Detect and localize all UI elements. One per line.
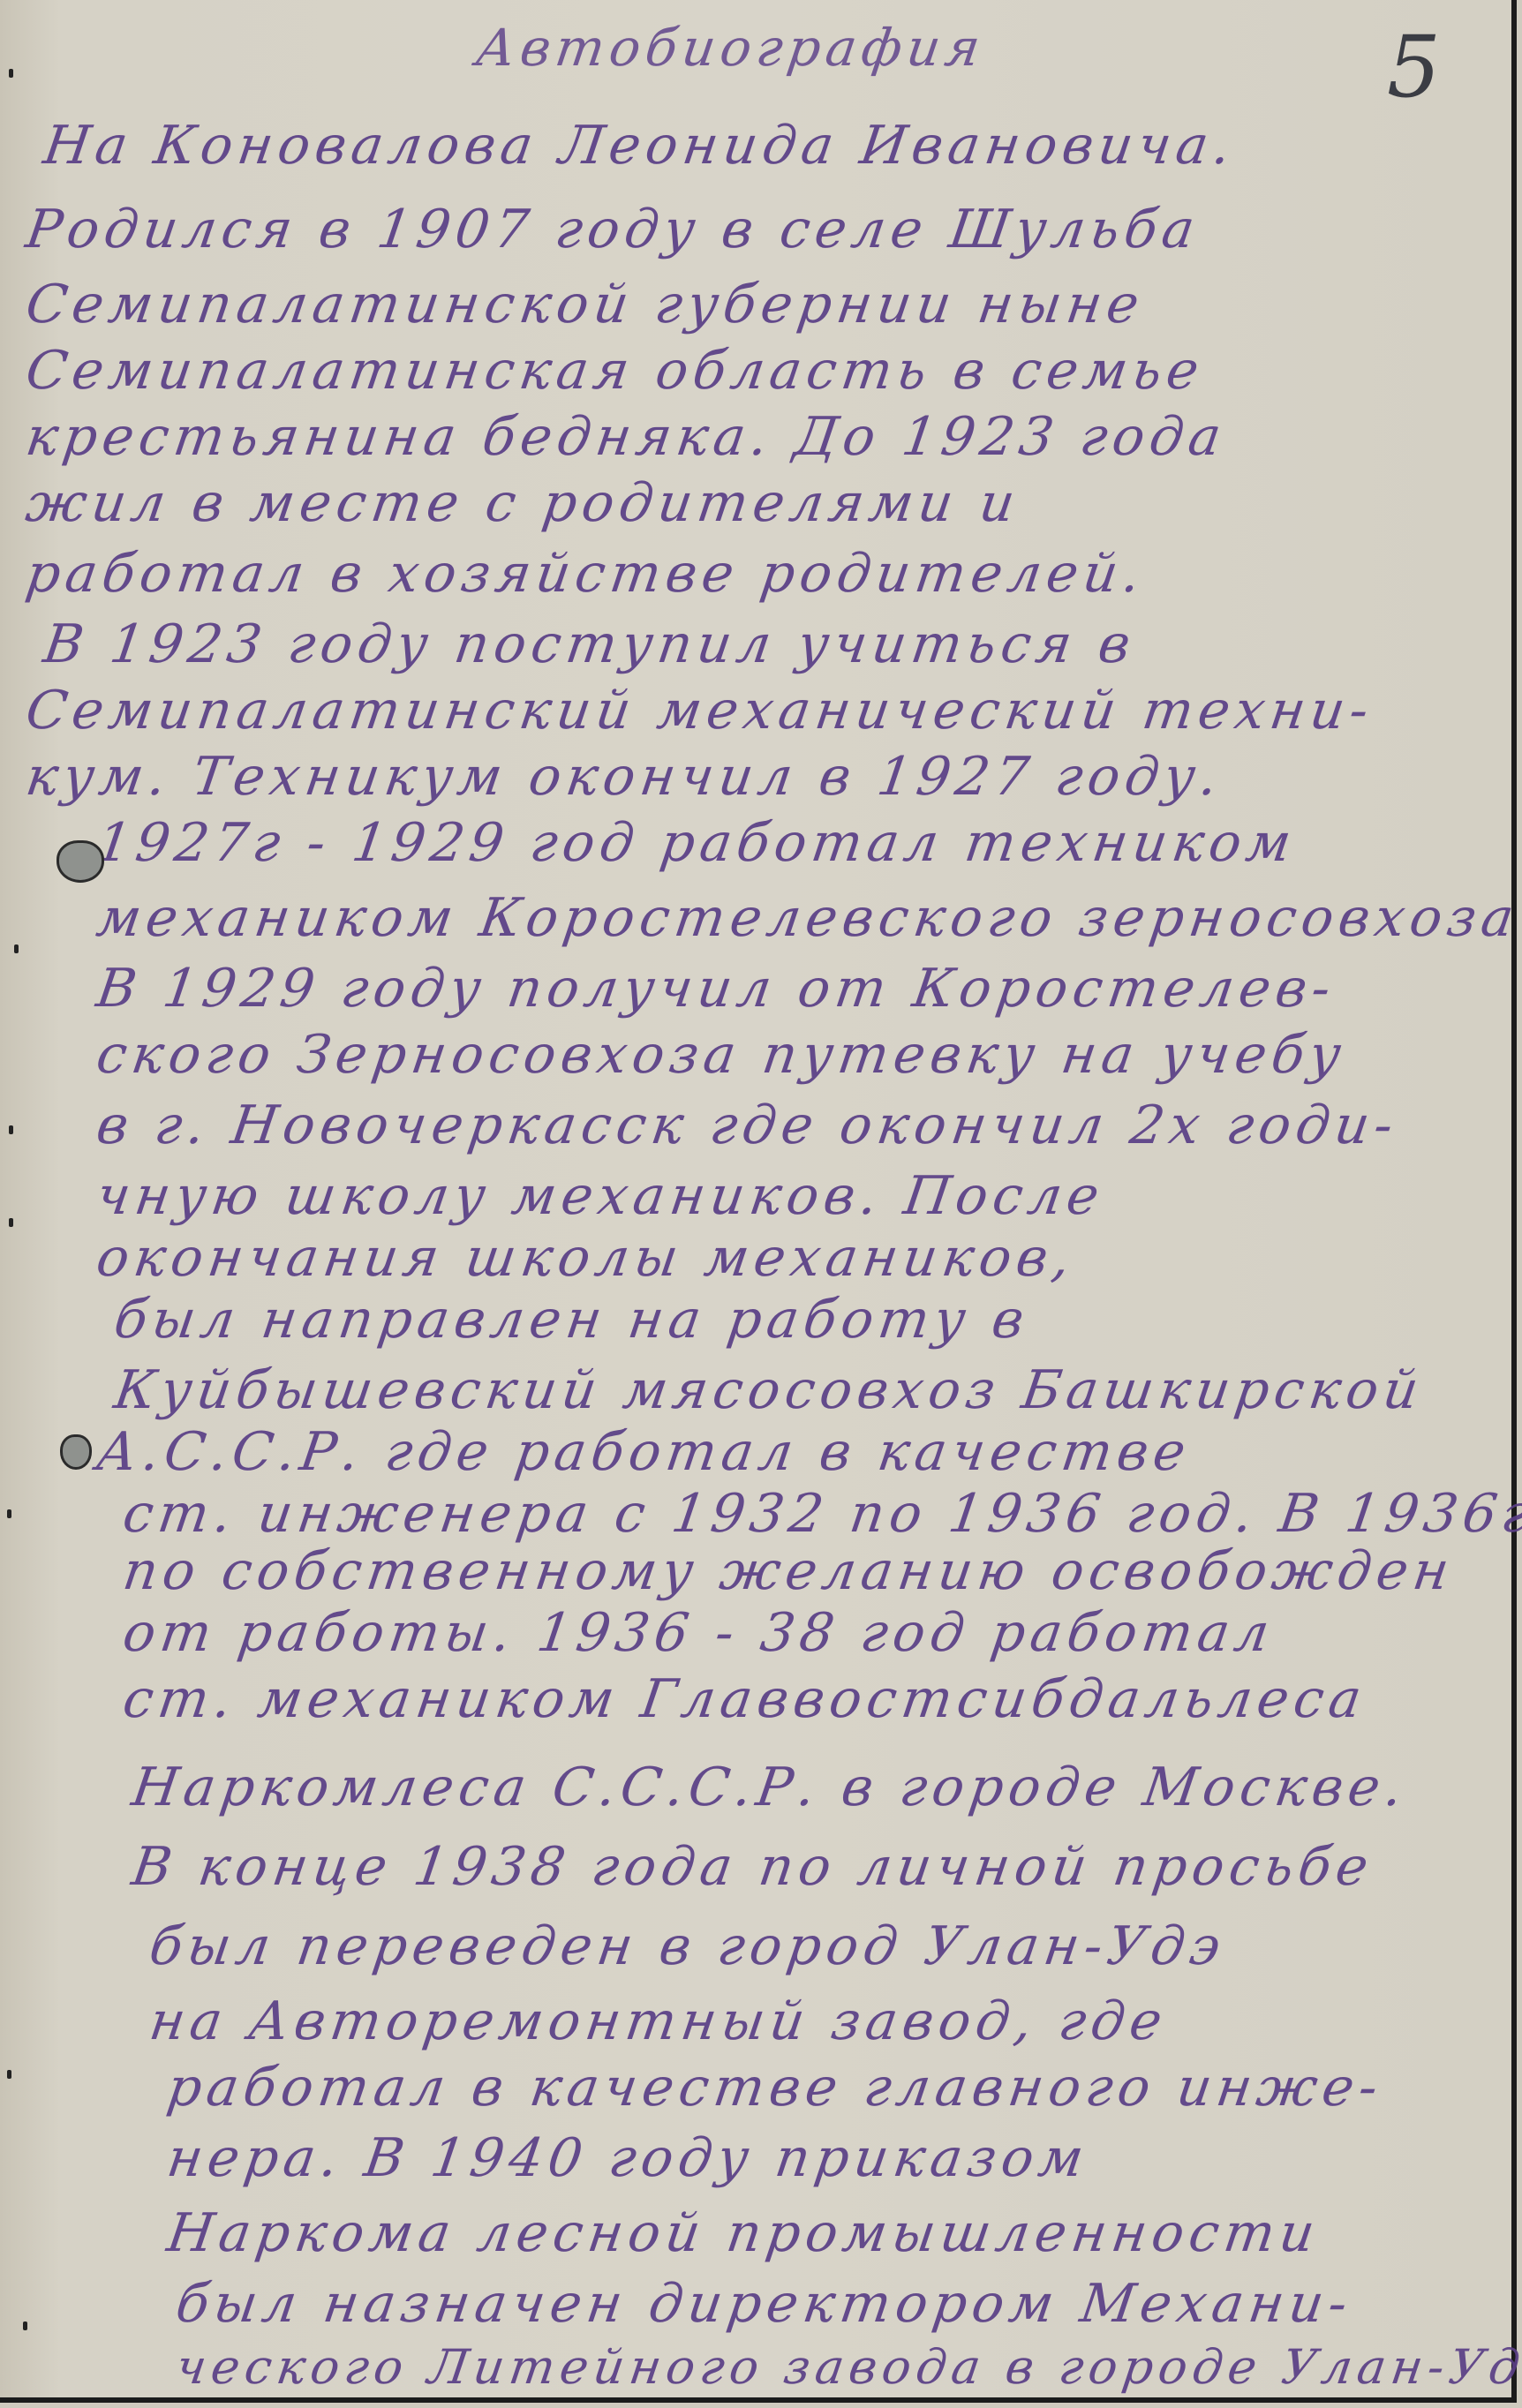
text-line: жил в месте с родителями и bbox=[22, 472, 1024, 534]
text-line: 1927г - 1929 год работал техником bbox=[93, 812, 1300, 874]
ink-mark bbox=[14, 944, 19, 953]
document-title: Автобиография bbox=[472, 18, 989, 78]
text-line: В 1923 году поступил учиться в bbox=[40, 613, 1139, 675]
text-line: в г. Новочеркасск где окончил 2х годи- bbox=[93, 1095, 1402, 1156]
ink-mark bbox=[9, 1125, 13, 1134]
text-line: работал в качестве главного инже- bbox=[163, 2057, 1387, 2118]
ink-mark bbox=[7, 1509, 11, 1518]
document-page: 5 Автобиография На Коновалова Леонида Ив… bbox=[0, 0, 1517, 2403]
text-line: работал в хозяйстве родителей. bbox=[22, 543, 1149, 605]
punch-hole bbox=[60, 1434, 92, 1470]
text-line: А.С.С.Р. где работал в качестве bbox=[93, 1421, 1194, 1483]
ink-mark bbox=[9, 69, 13, 78]
text-line: ст. инженера с 1932 по 1936 год. В 1936г… bbox=[119, 1483, 1522, 1545]
text-line: был переведен в город Улан-Удэ bbox=[146, 1915, 1229, 1977]
text-line: Наркомлеса С.С.С.Р. в городе Москве. bbox=[128, 1757, 1412, 1818]
text-line: ческого Литейного завода в городе Улан-У… bbox=[173, 2339, 1522, 2395]
text-line: Семипалатинской губернии ныне bbox=[22, 274, 1148, 335]
text-line: Куйбышевский мясосовхоз Башкирской bbox=[110, 1359, 1428, 1421]
text-line: В 1929 году получил от Коростелев- bbox=[93, 958, 1339, 1020]
page-number: 5 bbox=[1387, 18, 1441, 117]
punch-hole bbox=[57, 840, 104, 883]
text-line: был назначен директором Механи- bbox=[172, 2273, 1356, 2335]
text-line: механиком Коростелевского зерносовхоза bbox=[93, 887, 1522, 949]
text-line: Родился в 1907 году в селе Шульба bbox=[22, 199, 1203, 260]
text-line: нера. В 1940 году приказом bbox=[163, 2127, 1092, 2189]
text-line: На Коновалова Леонида Ивановича. bbox=[40, 115, 1239, 177]
text-line: Семипалатинский механический техни- bbox=[22, 680, 1377, 741]
text-line: Семипалатинская область в семье bbox=[22, 340, 1208, 402]
text-line: ского Зерносовхоза путевку на учебу bbox=[93, 1024, 1350, 1086]
text-line: ст. механиком Главвостсибдальлеса bbox=[119, 1668, 1370, 1730]
text-line: чную школу механиков. После bbox=[93, 1165, 1108, 1227]
text-line: окончания школы механиков, bbox=[93, 1227, 1079, 1289]
text-line: кум. Техникум окончил в 1927 году. bbox=[22, 746, 1226, 808]
ink-mark bbox=[9, 1218, 13, 1227]
ink-mark bbox=[23, 2321, 27, 2330]
ink-mark bbox=[7, 2070, 11, 2079]
text-line: по собственному желанию освобожден bbox=[119, 1540, 1458, 1602]
text-line: был направлен на работу в bbox=[110, 1289, 1033, 1351]
text-line: от работы. 1936 - 38 год работал bbox=[119, 1602, 1278, 1664]
text-line: Наркома лесной промышленности bbox=[163, 2202, 1323, 2264]
text-line: В конце 1938 года по личной просьбе bbox=[128, 1836, 1377, 1898]
text-line: крестьянина бедняка. До 1923 года bbox=[22, 406, 1230, 468]
text-line: на Авторемонтный завод, где bbox=[146, 1990, 1171, 2052]
